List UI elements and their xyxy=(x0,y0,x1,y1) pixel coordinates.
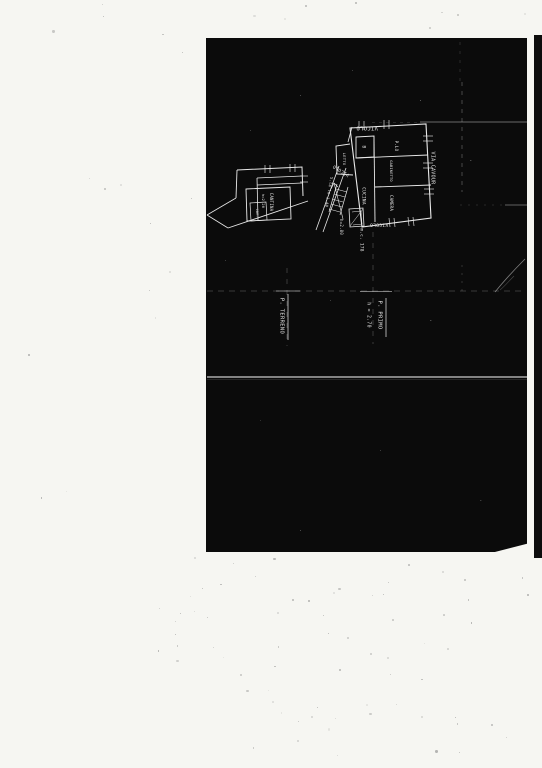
room-label-lav: LAV. xyxy=(255,209,259,218)
floorplan-linework xyxy=(0,0,542,768)
annotation-volume: m.c. 178 xyxy=(360,228,365,251)
scan-specks xyxy=(225,70,481,531)
alley-lines xyxy=(316,127,352,232)
street-label-vicolo-top: VICOLO xyxy=(356,125,378,131)
floor-caption-ground: P. TERRENO xyxy=(279,298,285,334)
room-label-b: B xyxy=(362,146,367,149)
street-label-via-cavour: VIA CAVOUR xyxy=(430,152,436,185)
scan-scratch xyxy=(495,259,525,292)
room-label-camera: CAMERA xyxy=(389,195,394,211)
floor-caption-first: P. PRIMO xyxy=(377,301,383,330)
street-label-vicolo-bottom: VICOLO xyxy=(370,222,389,227)
room-label-cucina: CUCINA xyxy=(362,187,367,205)
scanned-page: VICOLO VIA CAVOUR VICOLO VICOLO B LETTO … xyxy=(0,0,542,768)
annotation-height-220: h=2.20 xyxy=(261,194,265,208)
room-label-gabinetto: GABINETTO xyxy=(389,160,393,182)
room-label-plo: P.LO xyxy=(394,141,399,152)
annotation-height-270: h = 2.70 xyxy=(366,302,371,328)
main-building-outline xyxy=(336,124,431,227)
annotation-height-280: h=2.80 xyxy=(339,219,344,235)
room-label-cantina: CANTINA xyxy=(269,193,274,212)
cantina-building-outline xyxy=(207,167,308,228)
room-label-letto: LETTO xyxy=(342,153,346,166)
